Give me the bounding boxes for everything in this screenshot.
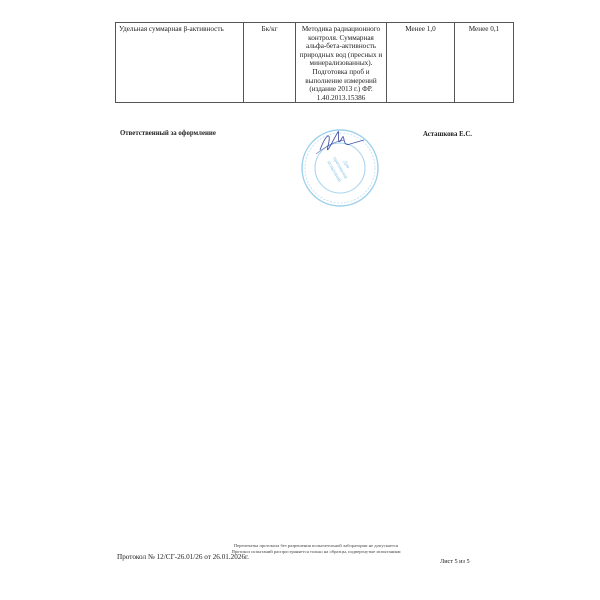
indicator-cell: Удельная суммарная β-активность	[116, 23, 244, 103]
footer-note-scope: Протокол испытаний распространяется толь…	[16, 549, 600, 554]
results-table: Удельная суммарная β-активность Бк/кг Ме…	[115, 22, 514, 103]
sheet-number: Лист 5 из 5	[440, 558, 470, 565]
table-row: Удельная суммарная β-активность Бк/кг Ме…	[116, 23, 514, 103]
footer-note-reprint: Перепечатка протокола без разрешения исп…	[16, 543, 600, 548]
result-cell: Менее 1,0	[387, 23, 455, 103]
norm-cell: Менее 0,1	[455, 23, 514, 103]
responsible-name: Асташкова Е.С.	[423, 131, 472, 138]
protocol-number: Протокол № 12/СГ-26.01/26 от 26.01.2026г…	[117, 553, 249, 561]
method-cell: Методика радиационного контроля. Суммарн…	[296, 23, 387, 103]
stamp-icon: Для протоколов испытаний	[298, 124, 382, 208]
unit-cell: Бк/кг	[244, 23, 296, 103]
responsible-label: Ответственный за оформление	[120, 130, 216, 137]
